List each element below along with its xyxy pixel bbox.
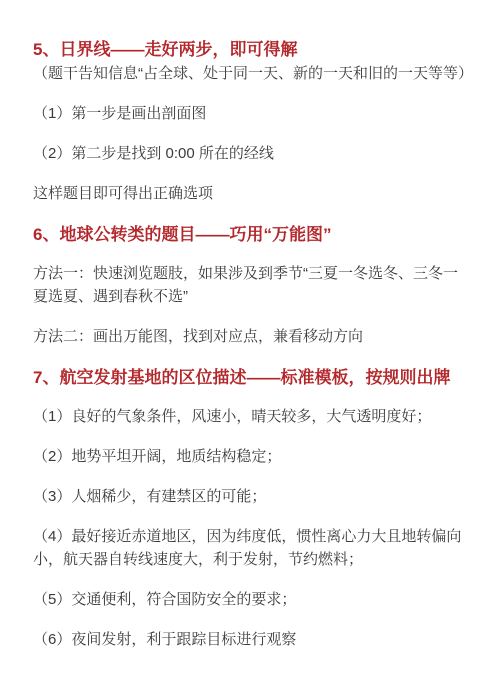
section7-point-1: （1）良好的气象条件，风速小，晴天较多，大气透明度好； xyxy=(33,405,470,428)
section6-method-2: 方法二：画出万能图，找到对应点，兼看移动方向 xyxy=(33,325,470,348)
section5-intro-note: （题干告知信息“占全球、处于同一天、新的一天和旧的一天等等） xyxy=(33,62,470,85)
section-heading-5: 5、日界线——走好两步，即可得解 xyxy=(33,37,470,62)
section7-point-5: （5）交通便利，符合国防安全的要求； xyxy=(33,588,470,611)
section5-conclusion: 这样题目即可得出正确选项 xyxy=(33,182,470,205)
section5-step-2: （2）第二步是找到 0:00 所在的经线 xyxy=(33,142,470,165)
section5-step-1: （1）第一步是画出剖面图 xyxy=(33,102,470,125)
section-heading-6: 6、地球公转类的题目——巧用“万能图” xyxy=(33,222,470,247)
section6-method-1: 方法一：快速浏览题肢，如果涉及到季节“三夏一冬选冬、三冬一夏选夏、遇到春秋不选” xyxy=(33,262,470,308)
section-heading-7: 7、航空发射基地的区位描述——标准模板，按规则出牌 xyxy=(33,365,470,390)
section7-point-4: （4）最好接近赤道地区，因为纬度低，惯性离心力大且地转偏向小，航天器自转线速度大… xyxy=(33,525,470,571)
section7-point-6: （6）夜间发射，利于跟踪目标进行观察 xyxy=(33,628,470,651)
section7-point-2: （2）地势平坦开阔，地质结构稳定； xyxy=(33,445,470,468)
section7-point-3: （3）人烟稀少，有建禁区的可能； xyxy=(33,485,470,508)
document-page: 5、日界线——走好两步，即可得解 （题干告知信息“占全球、处于同一天、新的一天和… xyxy=(0,0,500,698)
